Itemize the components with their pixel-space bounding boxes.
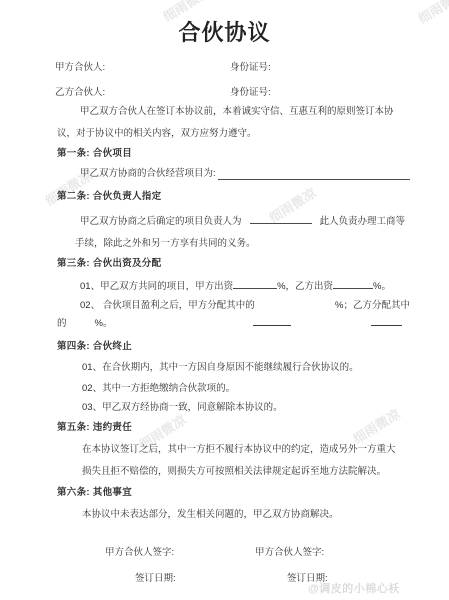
- article3-item1-mid: %，乙方出资: [277, 281, 333, 292]
- article1-body-prefix: 甲乙双方协商的合伙经营项目为:: [80, 167, 216, 180]
- article3-item1-suffix: %。: [373, 281, 391, 292]
- diagonal-watermark: 细雨微凉: [349, 404, 403, 448]
- blank-party-a-contribution: [233, 278, 277, 289]
- blank-party-b-contribution: [333, 278, 373, 289]
- intro-line-2: 议，对于协议中的相关内容，双方应努力遵守。: [57, 127, 257, 140]
- blank-manager-name: [250, 213, 312, 224]
- party-a-id-label: 身份证号:: [230, 61, 271, 74]
- article5-heading: 第五条: 违约责任: [57, 421, 132, 434]
- article4-item1: 01、在合伙期内，其中一方因自身原因不能继续履行合伙协议的。: [82, 361, 359, 374]
- document-title: 合伙协议: [0, 16, 449, 47]
- article3-item2-line1-suffix: %；乙方分配其中: [335, 299, 410, 312]
- blank-party-a-share: [253, 325, 291, 326]
- article2-line1-suffix: 此人负责办理工商等: [320, 216, 406, 227]
- article3-heading: 第三条: 合伙出资及分配: [57, 257, 161, 270]
- article3-item1-prefix: 01、甲乙双方共同的项目，甲方出资: [80, 281, 233, 292]
- party-a-signature-label: 甲方合伙人签字:: [105, 546, 174, 559]
- article3-item2-line2-suffix: %。: [95, 318, 113, 329]
- party-b-id-label: 身份证号:: [230, 86, 271, 99]
- article2-heading: 第二条: 合伙负责人指定: [57, 190, 161, 203]
- article3-item2-line2-prefix: 的: [57, 318, 67, 329]
- intro-line-1: 甲乙双方合伙人在签订本协议前，本着诚实守信、互惠互利的原则签订本协: [80, 105, 394, 118]
- article6-line1: 本协议中未表达部分，发生相关问题的，甲乙双方协商解决。: [82, 508, 339, 521]
- party-b-signature-label: 甲方合伙人签字:: [255, 546, 324, 559]
- party-b-label: 乙方合伙人:: [55, 86, 105, 99]
- article5-line1: 在本协议签订之后，其中一方拒不履行本协议中的约定，造成另外一方重大: [82, 443, 396, 456]
- blank-project-name: [218, 169, 410, 180]
- article4-item2: 02、其中一方拒绝缴纳合伙款项的。: [82, 382, 235, 395]
- document-page: 细雨微凉 细雨微凉 细雨微凉 细雨微凉 细雨微凉 细雨微凉 合伙协议 甲方合伙人…: [0, 0, 449, 600]
- article2-line2: 手续，除此之外和另一方享有共同的义务。: [75, 237, 256, 250]
- article2-line1-prefix: 甲乙双方协商之后确定的项目负责人为: [80, 216, 242, 227]
- credit-watermark: @调皮的小棉心袄: [308, 580, 400, 596]
- party-a-date-label: 签订日期:: [135, 572, 176, 585]
- article5-line2: 损失且拒不赔偿的，则损失方可按照相关法律规定起诉至地方法院解决。: [82, 465, 386, 478]
- article3-item2-line1-prefix: 02、 合伙项目盈利之后，甲方分配其中的: [80, 299, 255, 312]
- article4-item3: 03、甲乙双方经协商一致，同意解除本协议的。: [82, 401, 283, 414]
- party-a-label: 甲方合伙人:: [55, 61, 105, 74]
- blank-party-b-share: [371, 325, 402, 326]
- article1-heading: 第一条: 合伙项目: [57, 147, 132, 160]
- article6-heading: 第六条: 其他事宜: [57, 486, 132, 499]
- article4-heading: 第四条: 合伙终止: [57, 340, 132, 353]
